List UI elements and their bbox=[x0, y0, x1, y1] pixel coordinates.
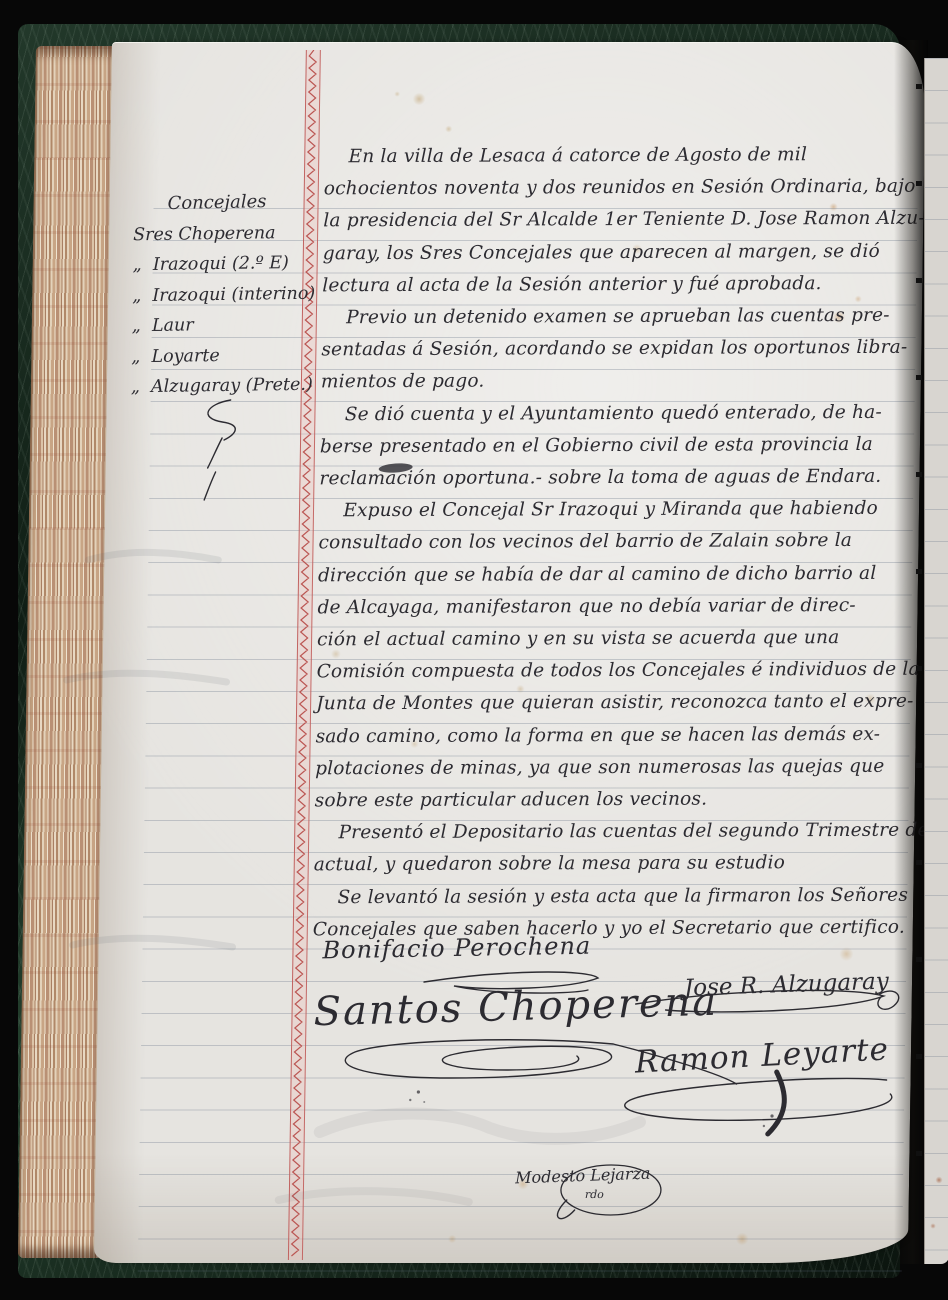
manuscript-line: sobre este particular aducen los vecinos… bbox=[315, 783, 917, 818]
signature-lejarza-rubric: rdo bbox=[585, 1188, 604, 1201]
manuscript-line: la presidencia del Sr Alcalde 1er Tenien… bbox=[323, 203, 925, 238]
manuscript-line: En la villa de Lesaca á catorce de Agost… bbox=[324, 139, 926, 174]
manuscript-line: Se dió cuenta y el Ayuntamiento quedó en… bbox=[320, 396, 922, 431]
margin-title: Concejales bbox=[133, 186, 311, 220]
manuscript-line: ochocientos noventa y dos reunidos en Se… bbox=[324, 171, 926, 206]
manuscript-line: ción el actual camino y en su vista se a… bbox=[317, 622, 919, 657]
margin-member: „ Irazoqui (interino) bbox=[132, 278, 310, 311]
margin-member: Sres Choperena bbox=[133, 217, 311, 250]
manuscript-line: Comisión compuesta de todos los Concejal… bbox=[316, 654, 918, 689]
binding-stitch-dots bbox=[916, 84, 922, 1214]
next-page-edge bbox=[924, 58, 948, 1264]
margin-member: „ Loyarte bbox=[131, 339, 309, 372]
manuscript-line: berse presentado en el Gobierno civil de… bbox=[320, 429, 922, 464]
manuscript-line: mientos de pago. bbox=[321, 364, 923, 399]
signature-perochena: Bonifacio Perochena bbox=[322, 932, 591, 965]
manuscript-line: de Alcayaga, manifestaron que no debía v… bbox=[317, 590, 919, 625]
gutter-shadow bbox=[894, 40, 928, 1264]
manuscript-line: Presentó el Depositario las cuentas del … bbox=[314, 815, 916, 850]
manuscript-line: plotaciones de minas, ya que son numeros… bbox=[315, 751, 917, 786]
margin-member: „ Laur bbox=[132, 309, 310, 342]
manuscript-line: consultado con los vecinos del barrio de… bbox=[318, 525, 920, 560]
manuscript-line: Junta de Montes que quieran asistir, rec… bbox=[316, 686, 918, 721]
photographed-minute-book: { "margin": { "title": "Concejales", "en… bbox=[0, 0, 948, 1300]
manuscript-line: lectura al acta de la Sesión anterior y … bbox=[322, 267, 924, 302]
manuscript-line: actual, y quedaron sobre la mesa para su… bbox=[314, 847, 916, 882]
margin-notes: Concejales Sres Choperena„ Irazoqui (2.º… bbox=[131, 188, 312, 402]
manuscript-line: Expuso el Concejal Sr Irazoqui y Miranda… bbox=[319, 493, 921, 528]
manuscript-line: sentadas á Sesión, acordando se expidan … bbox=[321, 332, 923, 367]
manuscript-line: Se levantó la sesión y esta acta que la … bbox=[313, 879, 915, 914]
manuscript-line: dirección que se había de dar al camino … bbox=[318, 557, 920, 592]
margin-member-list: Sres Choperena„ Irazoqui (2.º E)„ Irazoq… bbox=[131, 219, 312, 402]
acta-body-text: En la villa de Lesaca á catorce de Agost… bbox=[313, 140, 927, 945]
open-leaf: Concejales Sres Choperena„ Irazoqui (2.º… bbox=[18, 40, 926, 1264]
manuscript-line: sado camino, como la forma en que se hac… bbox=[315, 718, 917, 753]
manuscript-line: reclamación oportuna.- sobre la toma de … bbox=[319, 461, 921, 496]
manuscript-line: garay, los Sres Concejales que aparecen … bbox=[323, 235, 925, 270]
margin-member: „ Irazoqui (2.º E) bbox=[133, 248, 311, 281]
margin-member: „ Alzugaray (Prete.) bbox=[131, 370, 309, 403]
manuscript-line: Previo un detenido examen se aprueban la… bbox=[322, 300, 924, 335]
